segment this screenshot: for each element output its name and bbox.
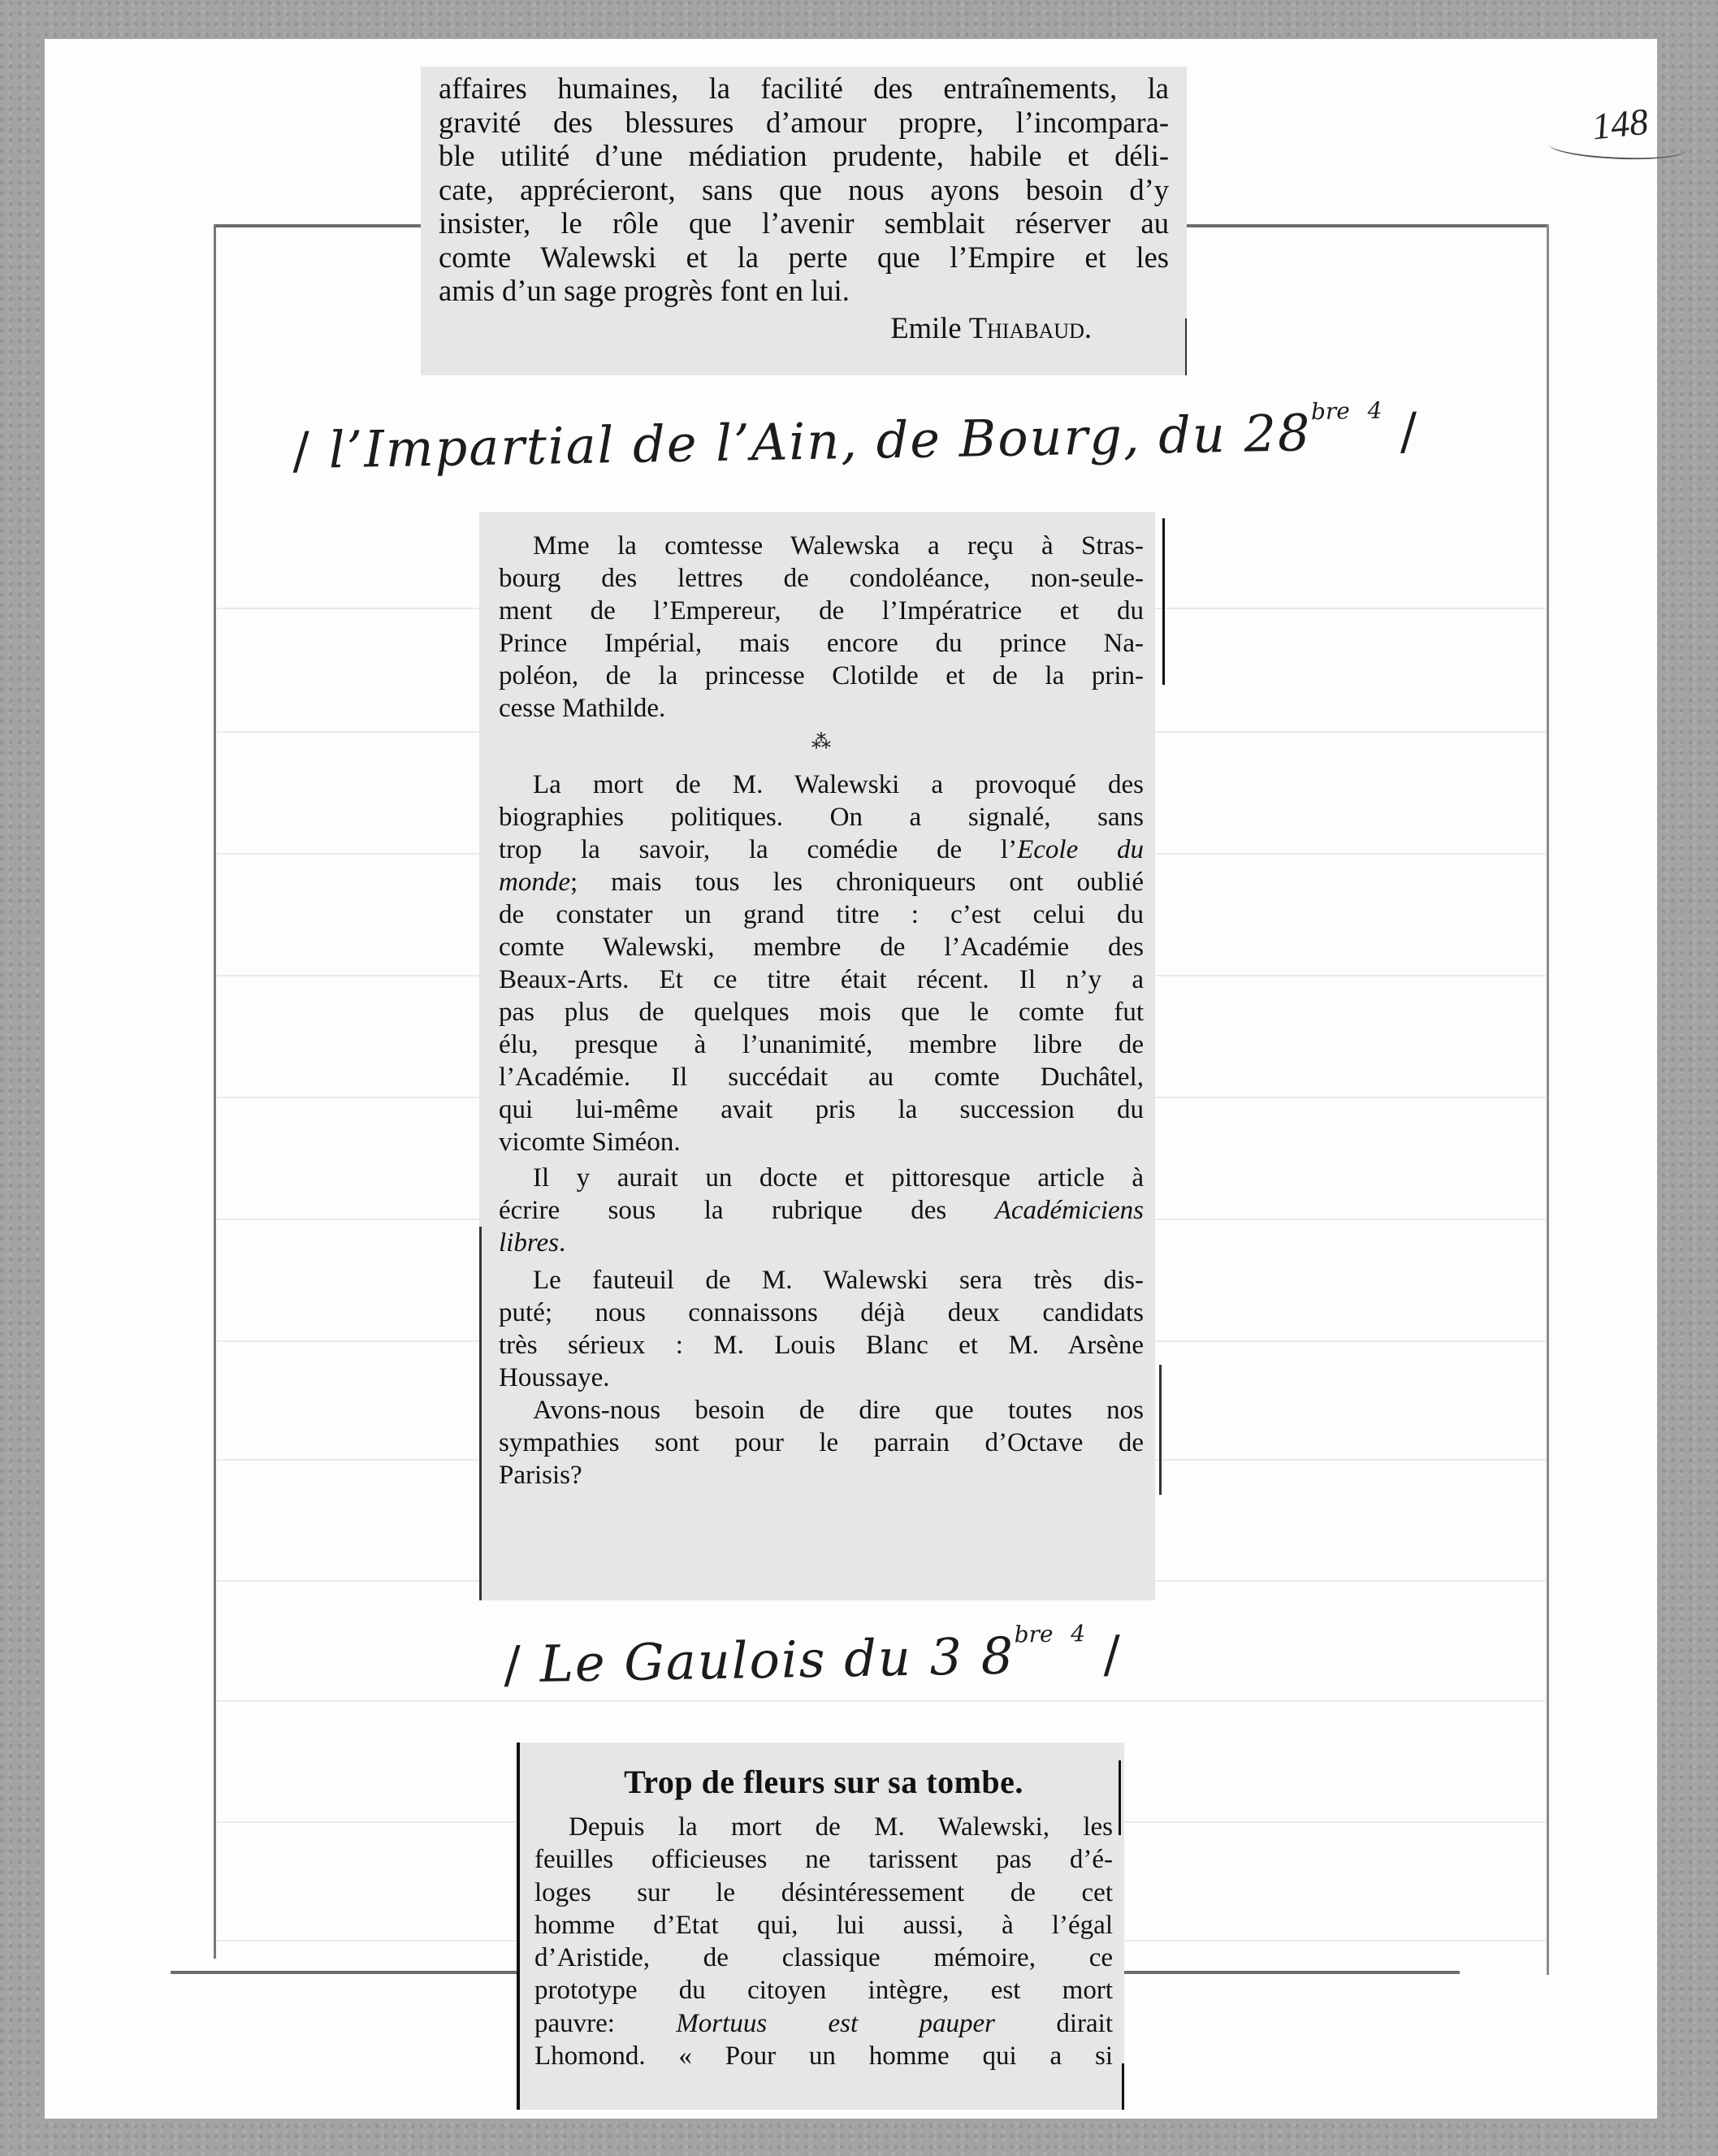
- column-rule-left: [517, 1743, 520, 2110]
- paragraph-fauteuil: Le fauteuil de M. Walewski sera très dis…: [499, 1264, 1144, 1394]
- clipping-edge-mark: [479, 1227, 482, 1600]
- clipping-edge-mark: [1159, 1365, 1162, 1495]
- article-headline: Trop de fleurs sur sa tombe.: [534, 1762, 1113, 1803]
- column-rule-right: [1122, 2063, 1124, 2110]
- text-line: cate, apprécieront, sans que nous ayons …: [439, 173, 1169, 207]
- ruled-line: [217, 1700, 1546, 1702]
- asterism-separator: ⁂: [499, 731, 1144, 754]
- text-line: insister, le rôle que l’avenir semblait …: [439, 206, 1169, 240]
- text-line: amis d’un sage progrès font en lui.: [439, 274, 1169, 308]
- text-line: affaires humaines, la facilité des entra…: [439, 71, 1169, 106]
- frame-border-left: [214, 224, 216, 1959]
- column-rule-right: [1119, 1760, 1121, 1835]
- clipping-edge-mark: [1185, 318, 1187, 375]
- newspaper-clipping-walewska: Mme la comtesse Walewska a reçu à Stras-…: [479, 512, 1155, 1600]
- paragraph-sympathies: Avons-nous besoin de dire que toutes nos…: [499, 1394, 1144, 1491]
- paragraph-academie: La mort de M. Walewski a provoqué des bi…: [499, 768, 1144, 1158]
- frame-border-right: [1547, 224, 1549, 1975]
- text-line: comte Walewski et la perte que l’Empire …: [439, 240, 1169, 275]
- text-line: gravité des blessures d’amour propre, l’…: [439, 106, 1169, 140]
- newspaper-clipping-thiabaud: affaires humaines, la facilité des entra…: [421, 67, 1187, 375]
- paragraph-academiciens-libres: Il y aurait un docte et pittoresque arti…: [499, 1162, 1144, 1259]
- source-annotation-gaulois: / Le Gaulois du 3 8bre 4 /: [503, 1619, 1122, 1694]
- author-signature: Emile Thiabaud.: [439, 311, 1169, 345]
- paragraph-condolences: Mme la comtesse Walewska a reçu à Stras-…: [499, 530, 1144, 725]
- page-number-underline: [1548, 130, 1688, 164]
- text-line: ble utilité d’une médiation prudente, ha…: [439, 139, 1169, 173]
- newspaper-clipping-trop-de-fleurs: Trop de fleurs sur sa tombe. Depuis la m…: [517, 1743, 1124, 2110]
